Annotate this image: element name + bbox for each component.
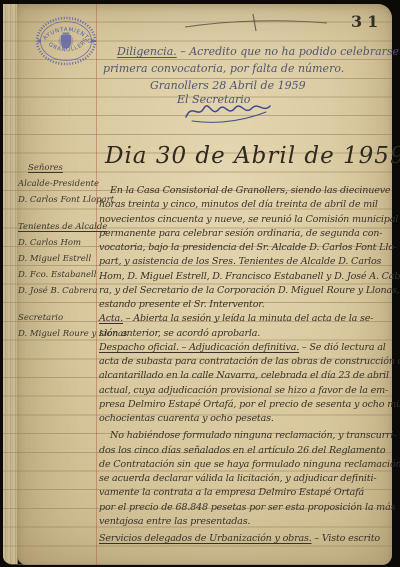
body-line: acta de subasta para contratación de las… — [99, 355, 395, 369]
margin-line: D. Fco. Estabanell — [18, 267, 98, 283]
page-number: 31 — [351, 12, 383, 31]
ayuntamiento-granollers-stamp-icon: AYUNTAMIENTO GRANOLLERS — [34, 15, 98, 67]
margin-line: Señores — [18, 160, 98, 176]
body-line: de Contratación sin que se haya formulad… — [99, 458, 395, 472]
scanned-minutes-page: 31 AYUNTAMIENTO GRANOLLERS Diligencia. –… — [0, 0, 400, 567]
margin-line: Secretario — [18, 310, 98, 326]
pen-stroke-mark — [183, 12, 333, 36]
margin-line: Alcalde-Presidente — [18, 176, 98, 192]
minutes-body: En la Casa Consistorial de Granollers, s… — [99, 184, 395, 546]
day-heading: Dia 30 de Abril de 1959 — [105, 143, 400, 169]
margin-line: D. Miguel Roure y Llonas — [18, 326, 98, 342]
body-line: presa Delmiro Estapé Ortafá, por el prec… — [99, 398, 395, 412]
body-line: permanente para celebrar sesión ordinari… — [99, 227, 395, 241]
body-line: No habiéndose formulado ninguna reclamac… — [99, 429, 395, 443]
margin-line: Tenientes de Alcalde — [18, 219, 98, 235]
secretary-signature — [182, 99, 274, 127]
diligencia-line: primera convocatoria, por falta de númer… — [103, 62, 344, 75]
body-line: ochocientas cuarenta y ocho pesetas. — [99, 412, 395, 426]
body-line: se acuerda declarar válida la licitación… — [99, 472, 395, 486]
body-line: vamente la contrata a la empresa Delmiro… — [99, 486, 395, 500]
book-binding-edge — [3, 4, 18, 564]
body-line: En la Casa Consistorial de Granollers, s… — [99, 184, 395, 198]
body-line: Acta. – Abierta la sesión y leída la min… — [99, 312, 395, 326]
body-line: Hom, D. Miguel Estrell, D. Francisco Est… — [99, 270, 395, 284]
body-line: estando presente el Sr. Interventor. — [99, 298, 395, 312]
body-line: part, y asistencia de los Sres. Teniente… — [99, 255, 395, 269]
body-line: sión anterior, se acordó aprobarla. — [99, 327, 395, 341]
body-line: por el precio de 68.848 pesetas por ser … — [99, 501, 395, 515]
body-line: Servicios delegados de Urbanización y ob… — [99, 532, 395, 546]
margin-line: D. Miguel Estrell — [18, 251, 98, 267]
body-line: ventajosa entre las presentadas. — [99, 515, 395, 529]
body-line: ra, y del Secretario de la Corporación D… — [99, 284, 395, 298]
body-line: actual, cuya adjudicación provisional se… — [99, 384, 395, 398]
attendees-margin-list: Señores Alcalde-Presidente D. Carlos Fon… — [18, 160, 98, 342]
body-line: horas treinta y cinco, minutos del día t… — [99, 198, 395, 212]
diligencia-line: Granollers 28 Abril de 1959 — [150, 79, 306, 92]
margin-line: D. José B. Cabrera — [18, 283, 98, 299]
body-line: dos los cinco días señalados en el artíc… — [99, 444, 395, 458]
body-line: vocatoria, bajo la presidencia del Sr. A… — [99, 241, 395, 255]
margin-line: D. Carlos Hom — [18, 235, 98, 251]
body-line: Despacho oficial. – Adjudicación definit… — [99, 341, 395, 355]
margin-line: D. Carlos Font Llopart — [18, 192, 98, 208]
body-line: alcantarillado en la calle Navarra, cele… — [99, 369, 395, 383]
diligencia-line: Diligencia. – Acredito que no ha podido … — [117, 45, 400, 58]
body-line: novecientos cincuenta y nueve, se reunió… — [99, 213, 395, 227]
